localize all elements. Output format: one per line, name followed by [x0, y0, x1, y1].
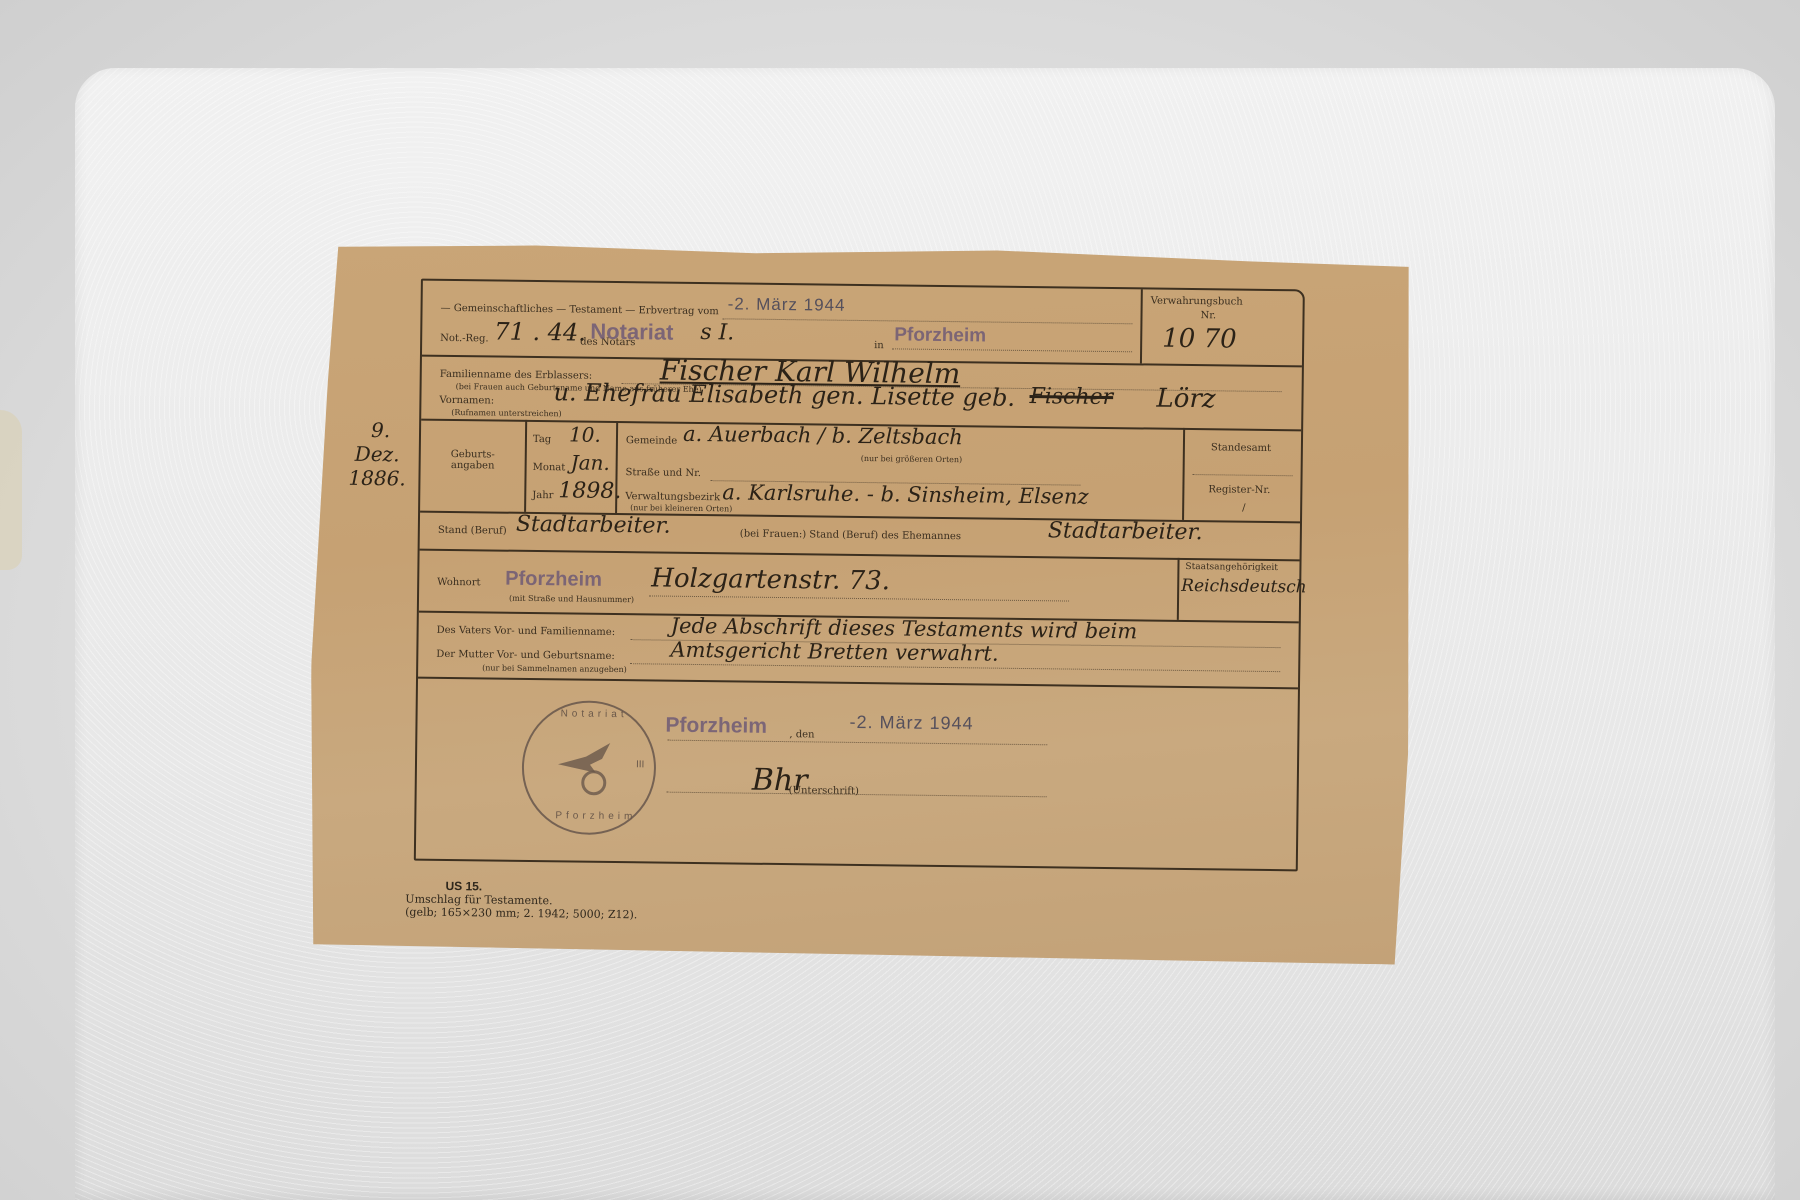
vater-label: Des Vaters Vor- und Familienname: [437, 625, 616, 638]
form-frame: — Gemeinschaftliches — Testament — Erbve… [414, 279, 1305, 872]
register-nr-value: / [1242, 503, 1246, 514]
title-line: — Gemeinschaftliches — Testament — Erbve… [440, 303, 718, 317]
geburtsangaben-label: Geburts- angaben [451, 449, 495, 472]
gemeinde-label: Gemeinde [626, 435, 677, 447]
register-nr-label: Register-Nr. [1208, 484, 1270, 496]
unterschrift-label: (Unterschrift) [789, 785, 859, 797]
verwahrungsbuch-nr-label: Nr. [1200, 310, 1216, 321]
monat-value: Jan. [571, 450, 610, 474]
standesamt-label: Standesamt [1211, 442, 1271, 454]
jahr-label: Jahr [532, 490, 553, 501]
wohnort-label: Wohnort [437, 577, 480, 589]
verwaltungsbezirk-label: Verwaltungsbezirk [625, 491, 720, 503]
gemeinde-value: a. Auerbach / b. Zeltsbach [683, 422, 963, 449]
seal-bottom-text: Pforzheim [555, 810, 636, 822]
verwaltungsbezirk-sub: (nur bei kleineren Orten) [630, 503, 732, 513]
gemeinde-sub: (nur bei größeren Orten) [861, 454, 963, 464]
stand-label: Stand (Beruf) [438, 525, 507, 537]
title-date-stamp: -2. März 1944 [728, 294, 846, 315]
place-stamp: Pforzheim [665, 714, 767, 739]
den-label: , den [789, 729, 814, 740]
form-footer: US 15. Umschlag für Testamente. (gelb; 1… [405, 878, 638, 921]
monat-label: Monat [533, 462, 566, 473]
stand-ehemann-value: Stadtarbeiter. [1048, 518, 1203, 545]
adjacent-paper-scrap [0, 410, 22, 570]
vornamen-value-suffix: Lörz [1156, 384, 1215, 415]
jahr-value: 1898. [558, 478, 621, 504]
city-stamp: Pforzheim [894, 324, 986, 347]
wohnort-value: Holzgartenstr. 73. [651, 563, 890, 596]
vornamen-label: Vornamen: [439, 395, 494, 407]
in-label: in [874, 340, 884, 351]
notary-seal: Notariat Pforzheim III [521, 700, 657, 836]
wohnort-sub: (mit Straße und Hausnummer) [509, 594, 634, 605]
vornamen-struck: Fischer [1029, 384, 1113, 410]
form-specs: (gelb; 165×230 mm; 2. 1942; 5000; Z12). [405, 905, 637, 921]
not-reg-label: Not.-Reg. [440, 333, 489, 345]
date-stamp: -2. März 1944 [849, 712, 973, 735]
mutter-sub: (nur bei Sammelnamen anzugeben) [482, 663, 627, 674]
tag-value: 10. [569, 422, 601, 446]
vornamen-value-prefix: u. Ehefrau Elisabeth gen. Lisette geb. [553, 378, 1015, 412]
not-reg-value: 71 . 44. [494, 318, 586, 347]
parents-row: Des Vaters Vor- und Familienname: Jede A… [418, 611, 1299, 690]
stand-value: Stadtarbeiter. [516, 512, 671, 539]
notariat-hand: s I. [700, 320, 734, 345]
wohnort-stamp: Pforzheim [505, 568, 602, 592]
header-row: — Gemeinschaftliches — Testament — Erbve… [422, 281, 1303, 368]
testament-envelope: — Gemeinschaftliches — Testament — Erbve… [308, 239, 1415, 964]
stand-ehemann-label: (bei Frauen:) Stand (Beruf) des Ehemanne… [740, 529, 961, 543]
left-margin-note: 9. Dez. 1886. [348, 418, 415, 491]
staatsangehoerigkeit-label: Staatsangehörigkeit [1185, 562, 1278, 573]
birth-row: Geburts- angaben Tag 10. Monat Jan. Jahr… [420, 419, 1301, 524]
tag-label: Tag [533, 434, 551, 445]
verwahrungsbuch-label: Verwahrungsbuch [1151, 296, 1243, 308]
strasse-label: Straße und Nr. [625, 467, 701, 479]
verwahrungsbuch-nr-value: 10 70 [1162, 324, 1237, 355]
vornamen-sub: (Rufnamen unterstreichen) [451, 408, 561, 418]
eagle-emblem-icon [556, 738, 621, 797]
seal-top-text: Notariat [561, 708, 628, 720]
mutter-value: Amtsgericht Bretten verwahrt. [670, 638, 999, 666]
mutter-label: Der Mutter Vor- und Geburtsname: [436, 649, 615, 662]
notariat-stamp: Notariat [590, 319, 673, 346]
staatsangehoerigkeit-value: Reichsdeutsch [1181, 576, 1307, 598]
seal-side-text: III [636, 759, 644, 770]
verwaltungsbezirk-value: a. Karlsruhe. - b. Sinsheim, Elsenz [722, 480, 1088, 508]
